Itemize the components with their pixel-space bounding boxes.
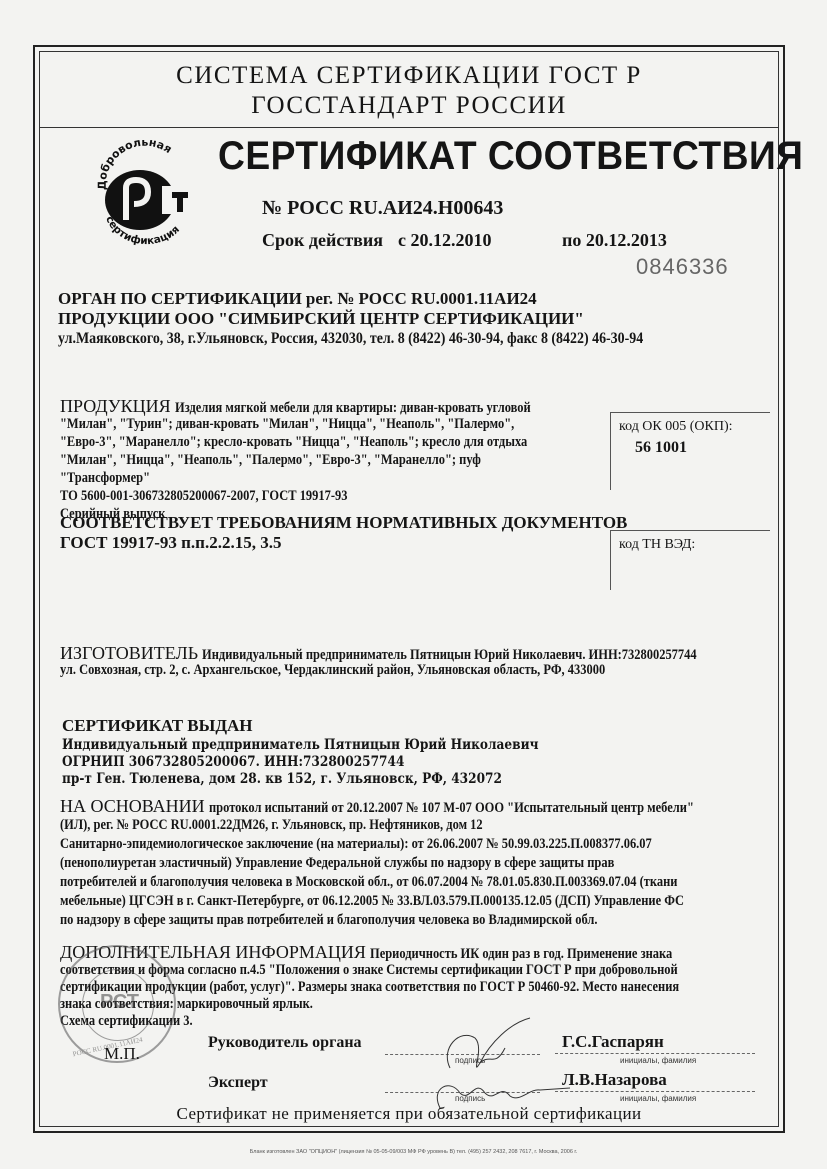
- valid-to: по 20.12.2013: [562, 230, 667, 251]
- product-label: ПРОДУКЦИЯ: [60, 396, 171, 416]
- product-line: "Евро-3", "Маранелло"; кресло-кровать "Н…: [60, 434, 527, 451]
- issued-to-line: ОГРНИП 306732805200067. ИНН:732800257744: [62, 754, 404, 771]
- gost-r-logo: Добровольная сертификация: [88, 140, 198, 250]
- tnved-code-label: код ТН ВЭД:: [619, 537, 695, 553]
- stamp-pct-mark-icon: РСТ: [100, 991, 139, 1014]
- certification-body-reg: рег. № РОСС RU.0001.11АИ24: [306, 289, 537, 308]
- expert-label: Эксперт: [208, 1074, 268, 1092]
- manufacturer-address: ул. Совхозная, стр. 2, с. Архангельское,…: [60, 662, 605, 679]
- issued-to-line: Индивидуальный предприниматель Пятницын …: [62, 737, 539, 754]
- footer-note: Сертификат не применяется при обязательн…: [39, 1104, 779, 1124]
- certificate-title: СЕРТИФИКАТ СООТВЕТСТВИЯ: [218, 134, 803, 179]
- basis-line: потребителей и благополучия человека в М…: [60, 874, 677, 891]
- printer-imprint: Бланк изготовлен ЗАО "ОПЦИОН" (лицензия …: [0, 1149, 827, 1155]
- head-name-caption: инициалы, фамилия: [620, 1056, 696, 1065]
- product-line: "Милан", "Ницца", "Неаполь", "Палермо", …: [60, 452, 481, 469]
- issued-to-label: СЕРТИФИКАТ ВЫДАН: [62, 716, 253, 736]
- basis-line: (ИЛ), рег. № РОСС RU.0001.22ДМ26, г. Уль…: [60, 817, 483, 834]
- head-signatory-label: Руководитель органа: [208, 1034, 362, 1052]
- product-section: ПРОДУКЦИЯ Изделия мягкой мебели для квар…: [60, 396, 588, 417]
- okp-code-box: код ОК 005 (ОКП): 56 1001: [610, 412, 770, 490]
- conformity-standard: ГОСТ 19917-93 п.п.2.2.15, 3.5: [60, 533, 281, 553]
- basis-line1: НА ОСНОВАНИИ протокол испытаний от 20.12…: [60, 796, 772, 817]
- system-title-line1: СИСТЕМА СЕРТИФИКАЦИИ ГОСТ Р: [39, 62, 779, 90]
- certification-body-label: ОРГАН ПО СЕРТИФИКАЦИИ: [58, 289, 302, 308]
- tnved-code-box: код ТН ВЭД:: [610, 530, 770, 590]
- okp-code-value: 56 1001: [635, 439, 687, 457]
- manufacturer-line1: ИЗГОТОВИТЕЛЬ Индивидуальный предпринимат…: [60, 643, 777, 664]
- handwritten-signatures-icon: [380, 1008, 580, 1118]
- conformity-label: СООТВЕТСТВУЕТ ТРЕБОВАНИЯМ НОРМАТИВНЫХ ДО…: [60, 513, 627, 533]
- product-line: Изделия мягкой мебели для квартиры: дива…: [175, 400, 531, 417]
- product-spec: ТО 5600-001-306732805200067-2007, ГОСТ 1…: [60, 488, 347, 505]
- valid-from: с 20.12.2010: [398, 230, 492, 251]
- basis-line: по надзору в сфере защиты прав потребите…: [60, 912, 598, 929]
- basis-line: мебельные) ЦГСЭН в г. Санкт-Петербурге, …: [60, 893, 684, 910]
- header-divider: [39, 127, 779, 128]
- certification-body-name: ПРОДУКЦИИ ООО "СИМБИРСКИЙ ЦЕНТР СЕРТИФИК…: [58, 309, 584, 329]
- basis-line: (пенополиуретан эластичный) Управление Ф…: [60, 855, 614, 872]
- additional-info-line1: ДОПОЛНИТЕЛЬНАЯ ИНФОРМАЦИЯ Периодичность …: [60, 942, 721, 963]
- system-title-line2: ГОССТАНДАРТ РОССИИ: [39, 92, 779, 120]
- issued-to-line: пр-т Ген. Тюленева, дом 28. кв 152, г. У…: [62, 771, 502, 788]
- certification-body-line1: ОРГАН ПО СЕРТИФИКАЦИИ рег. № РОСС RU.000…: [58, 289, 537, 309]
- validity-label: Срок действия: [262, 230, 383, 251]
- head-name-line: [555, 1053, 755, 1054]
- okp-code-label: код ОК 005 (ОКП):: [619, 419, 733, 435]
- expert-name-line: [555, 1091, 755, 1092]
- expert-name-caption: инициалы, фамилия: [620, 1094, 696, 1103]
- additional-info-text: Периодичность ИК один раз в год. Примене…: [370, 946, 672, 963]
- product-line: "Трансформер": [60, 470, 150, 487]
- certification-body-address: ул.Маяковского, 38, г.Ульяновск, Россия,…: [58, 330, 643, 348]
- certificate-number: № РОСС RU.АИ24.Н00643: [262, 197, 503, 220]
- form-serial-number: 0846336: [636, 254, 729, 280]
- seal-place-label: М.П.: [104, 1044, 140, 1064]
- basis-line: Санитарно-эпидемиологическое заключение …: [60, 836, 652, 853]
- basis-label: НА ОСНОВАНИИ: [60, 796, 205, 816]
- product-line: "Милан", "Турин"; диван-кровать "Милан",…: [60, 416, 514, 433]
- pct-mark-icon: Добровольная сертификация: [88, 140, 198, 250]
- manufacturer-label: ИЗГОТОВИТЕЛЬ: [60, 643, 198, 663]
- basis-protocol: протокол испытаний от 20.12.2007 № 107 М…: [209, 800, 694, 817]
